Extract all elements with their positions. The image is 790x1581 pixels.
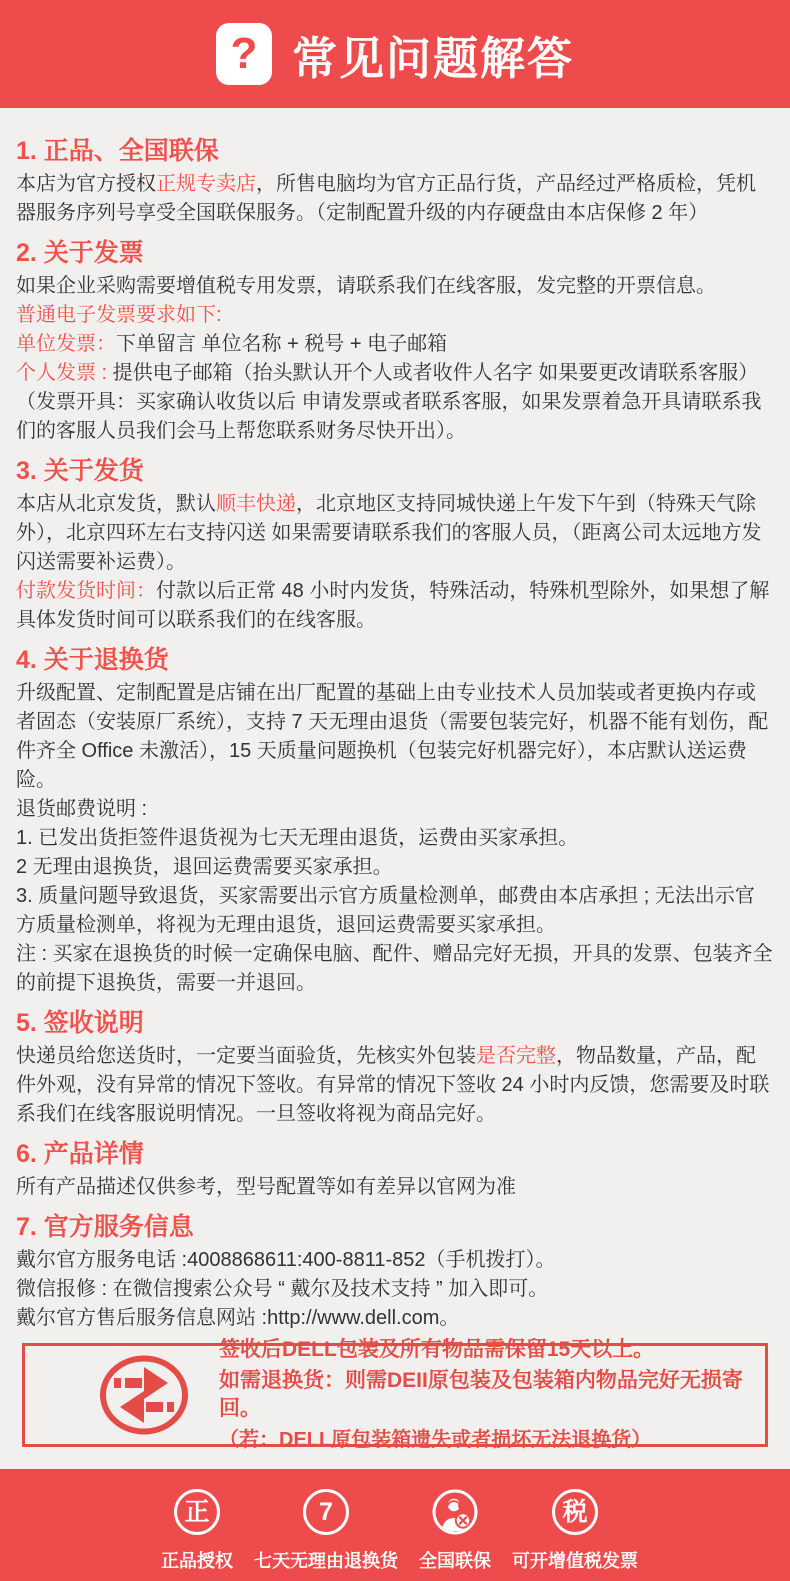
faq-section: 3. 关于发货 本店从北京发货，默认顺丰快递，北京地区支持同城快递上午发下午到（… (16, 456, 774, 635)
paragraph: 戴尔官方售后服务信息网站 :http://www.dell.com。 (16, 1304, 774, 1333)
notice-box: 签收后DELL包装及所有物品需保留15天以上。如需退换货：则需DEII原包装及包… (22, 1343, 768, 1447)
paragraph: 本店从北京发货，默认顺丰快递，北京地区支持同城快递上午发下午到（特殊天气除外），… (16, 490, 774, 577)
badge-ring: 税 (552, 1489, 598, 1535)
paragraph: 如果企业采购需要增值税专用发票，请联系我们在线客服，发完整的开票信息。 (16, 272, 774, 301)
text-run: 本店从北京发货，默认 (16, 493, 216, 515)
badge-glyph: 税 (562, 1500, 587, 1525)
paragraph: 退货邮费说明 : (16, 795, 774, 824)
section-heading: 5. 签收说明 (16, 1008, 774, 1038)
paragraph: 2 无理由退换货，退回运费需要买家承担。 (16, 853, 774, 882)
paragraph: 本店为官方授权正规专卖店，所售电脑均为官方正品行货，产品经过严格质检，凭机器服务… (16, 170, 774, 228)
text-run: 下单留言 单位名称 + 税号 + 电子邮箱 (116, 333, 447, 355)
section-heading: 1. 正品、全国联保 (16, 136, 774, 166)
text-run: （发票开具：买家确认收货以后 申请发票或者联系客服，如果发票着急开具请联系我们的… (16, 391, 762, 442)
service-badge: 税可开增值税发票 (512, 1489, 638, 1581)
badge-glyph: 7 (319, 1500, 333, 1525)
notice-line: 签收后DELL包装及所有物品需保留15天以上。 (219, 1336, 753, 1364)
faq-section: 2. 关于发票 如果企业采购需要增值税专用发票，请联系我们在线客服，发完整的开票… (16, 238, 774, 446)
exchange-arrows-icon (97, 1353, 191, 1437)
section-heading: 2. 关于发票 (16, 238, 774, 268)
highlight-text: 正规专卖店 (156, 173, 256, 195)
badge-ring: 7 (303, 1489, 349, 1535)
notice-line: 如需退换货：则需DEII原包装及包装箱内物品完好无损寄回。 (219, 1367, 753, 1423)
customer-service-icon (432, 1489, 478, 1535)
paragraph: 付款发货时间：付款以后正常 48 小时内发货，特殊活动，特殊机型除外，如果想了解… (16, 577, 774, 635)
badge-glyph: 正 (184, 1500, 209, 1525)
paragraph: 1. 已发出货拒签件退货视为七天无理由退货，运费由买家承担。 (16, 824, 774, 853)
notice-line: （若：DELL原包装箱遗失或者损坏无法退换货） (219, 1426, 753, 1454)
notice-lines: 签收后DELL包装及所有物品需保留15天以上。如需退换货：则需DEII原包装及包… (219, 1336, 753, 1454)
faq-section: 1. 正品、全国联保 本店为官方授权正规专卖店，所售电脑均为官方正品行货，产品经… (16, 136, 774, 228)
text-run: 1. 已发出货拒签件退货视为七天无理由退货，运费由买家承担。 (16, 827, 578, 849)
badge-ring: 正 (174, 1489, 220, 1535)
faq-section: 6. 产品详情 所有产品描述仅供参考，型号配置等如有差异以官网为准 (16, 1139, 774, 1202)
badge-label: 正品授权 (161, 1547, 233, 1573)
section-heading: 7. 官方服务信息 (16, 1212, 774, 1242)
text-run: 如果企业采购需要增值税专用发票，请联系我们在线客服，发完整的开票信息。 (16, 275, 716, 297)
section-body: 本店为官方授权正规专卖店，所售电脑均为官方正品行货，产品经过严格质检，凭机器服务… (16, 170, 774, 228)
highlight-text: 付款发货时间： (16, 580, 156, 602)
section-heading: 3. 关于发货 (16, 456, 774, 486)
text-run: 提供电子邮箱（抬头默认开个人或者收件人名字 如果要更改请联系客服） (113, 362, 759, 384)
text-run: 微信报修 : 在微信搜索公众号 “ 戴尔及技术支持 ” 加入即可。 (16, 1278, 548, 1300)
paragraph: 所有产品描述仅供参考，型号配置等如有差异以官网为准 (16, 1173, 774, 1202)
text-run: 戴尔官方售后服务信息网站 :http://www.dell.com。 (16, 1307, 459, 1329)
highlight-text: 个人发票 : (16, 362, 113, 384)
paragraph: 3. 质量问题导致退货，买家需要出示官方质量检测单，邮费由本店承担 ; 无法出示… (16, 882, 774, 940)
service-badge: 全国联保 (410, 1489, 500, 1581)
faq-section: 7. 官方服务信息 戴尔官方服务电话 :4008868611:400-8811-… (16, 1212, 774, 1333)
highlight-text: 是否完整 (476, 1045, 556, 1067)
text-run: 戴尔官方服务电话 :4008868611:400-8811-852（手机拨打）。 (16, 1249, 555, 1271)
service-badge: 7七天无理由退换货 (254, 1489, 398, 1581)
paragraph: 快递员给您送货时，一定要当面验货，先核实外包装是否完整，物品数量，产品，配件外观… (16, 1042, 774, 1129)
highlight-text: 普通电子发票要求如下: (16, 304, 222, 326)
text-run: 升级配置、定制配置是店铺在出厂配置的基础上由专业技术人员加装或者更换内存或者固态… (16, 682, 768, 791)
text-run: 3. 质量问题导致退货，买家需要出示官方质量检测单，邮费由本店承担 ; 无法出示… (16, 885, 755, 936)
paragraph: 单位发票：下单留言 单位名称 + 税号 + 电子邮箱 (16, 330, 774, 359)
section-heading: 4. 关于退换货 (16, 645, 774, 675)
text-run: 本店为官方授权 (16, 173, 156, 195)
highlight-text: 单位发票： (16, 333, 116, 355)
service-bar: 正正品授权7七天无理由退换货全国联保税可开增值税发票 (0, 1469, 790, 1581)
section-heading: 6. 产品详情 (16, 1139, 774, 1169)
faq-section: 4. 关于退换货 升级配置、定制配置是店铺在出厂配置的基础上由专业技术人员加装或… (16, 645, 774, 998)
question-glyph: ? (231, 32, 258, 76)
page-header: ? 常见问题解答 (0, 0, 790, 108)
badge-label: 可开增值税发票 (512, 1547, 638, 1573)
section-body: 快递员给您送货时，一定要当面验货，先核实外包装是否完整，物品数量，产品，配件外观… (16, 1042, 774, 1129)
paragraph: 微信报修 : 在微信搜索公众号 “ 戴尔及技术支持 ” 加入即可。 (16, 1275, 774, 1304)
text-run: 快递员给您送货时，一定要当面验货，先核实外包装 (16, 1045, 476, 1067)
section-body: 如果企业采购需要增值税专用发票，请联系我们在线客服，发完整的开票信息。普通电子发… (16, 272, 774, 446)
text-run: 2 无理由退换货，退回运费需要买家承担。 (16, 856, 393, 878)
section-body: 本店从北京发货，默认顺丰快递，北京地区支持同城快递上午发下午到（特殊天气除外），… (16, 490, 774, 635)
page-title: 常见问题解答 (292, 22, 574, 87)
question-mark-icon: ? (216, 23, 272, 85)
section-body: 戴尔官方服务电话 :4008868611:400-8811-852（手机拨打）。… (16, 1246, 774, 1333)
faq-sections: 1. 正品、全国联保 本店为官方授权正规专卖店，所售电脑均为官方正品行货，产品经… (0, 108, 790, 1333)
badge-label: 全国联保 (419, 1547, 491, 1573)
paragraph: 普通电子发票要求如下: (16, 301, 774, 330)
paragraph: 戴尔官方服务电话 :4008868611:400-8811-852（手机拨打）。 (16, 1246, 774, 1275)
badge-label: 七天无理由退换货 (254, 1547, 398, 1573)
paragraph: 个人发票 : 提供电子邮箱（抬头默认开个人或者收件人名字 如果要更改请联系客服） (16, 359, 774, 388)
section-body: 升级配置、定制配置是店铺在出厂配置的基础上由专业技术人员加装或者更换内存或者固态… (16, 679, 774, 998)
section-body: 所有产品描述仅供参考，型号配置等如有差异以官网为准 (16, 1173, 774, 1202)
paragraph: 升级配置、定制配置是店铺在出厂配置的基础上由专业技术人员加装或者更换内存或者固态… (16, 679, 774, 795)
faq-section: 5. 签收说明 快递员给您送货时，一定要当面验货，先核实外包装是否完整，物品数量… (16, 1008, 774, 1129)
highlight-text: 顺丰快递 (216, 493, 296, 515)
paragraph: （发票开具：买家确认收货以后 申请发票或者联系客服，如果发票着急开具请联系我们的… (16, 388, 774, 446)
text-run: 所有产品描述仅供参考，型号配置等如有差异以官网为准 (16, 1176, 516, 1198)
service-badge: 正正品授权 (152, 1489, 242, 1581)
text-run: 退货邮费说明 : (16, 798, 147, 820)
paragraph: 注 : 买家在退换货的时候一定确保电脑、配件、赠品完好无损，开具的发票、包装齐全… (16, 940, 774, 998)
text-run: 注 : 买家在退换货的时候一定确保电脑、配件、赠品完好无损，开具的发票、包装齐全… (16, 943, 773, 994)
